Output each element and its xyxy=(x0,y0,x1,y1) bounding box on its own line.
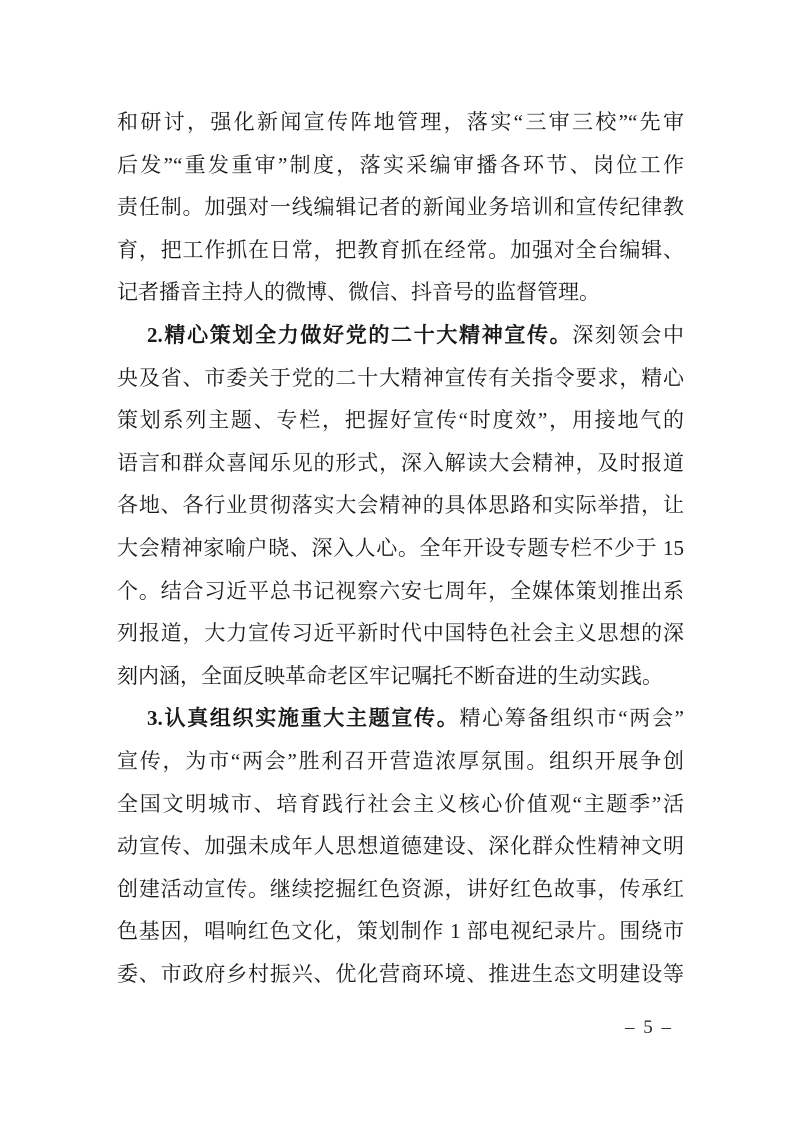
text-run: 语言和群众喜闻乐见的形式，深入解读大会精神，及时报道 xyxy=(117,451,684,475)
text-run: 央及省、市委关于党的二十大精神宣传有关指令要求，精心 xyxy=(117,366,684,390)
text-run: 列报道，大力宣传习近平新时代中国特色社会主义思想的深 xyxy=(117,621,684,645)
text-line: 色基因，唱响红色文化，策划制作 1 部电视纪录片。围绕市 xyxy=(117,910,684,953)
text-line: 委、市政府乡村振兴、优化营商环境、推进生态文明建设等 xyxy=(117,953,684,996)
text-run: 育，把工作抓在日常，把教育抓在经常。加强对全台编辑、 xyxy=(117,238,684,262)
text-run: 策划系列主题、专栏，把握好宣传“时度效”，用接地气的 xyxy=(117,408,684,432)
text-line: 3.认真组织实施重大主题宣传。精心筹备组织市“两会” xyxy=(117,697,684,740)
heading-run: 2.精心策划全力做好党的二十大精神宣传。 xyxy=(147,323,572,347)
text-line: 列报道，大力宣传习近平新时代中国特色社会主义思想的深 xyxy=(117,612,684,655)
text-line: 育，把工作抓在日常，把教育抓在经常。加强对全台编辑、 xyxy=(117,229,684,272)
text-run: 刻内涵，全面反映革命老区牢记嘱托不断奋进的生动实践。 xyxy=(117,664,663,688)
text-run: 个。结合习近平总书记视察六安七周年，全媒体策划推出系 xyxy=(117,579,684,603)
text-line: 宣传，为市“两会”胜利召开营造浓厚氛围。组织开展争创 xyxy=(117,740,684,783)
text-line: 策划系列主题、专栏，把握好宣传“时度效”，用接地气的 xyxy=(117,399,684,442)
text-run: 责任制。加强对一线编辑记者的新闻业务培训和宣传纪律教 xyxy=(117,195,684,219)
text-line: 和研讨，强化新闻宣传阵地管理，落实“三审三校”“先审 xyxy=(117,101,684,144)
text-run: 大会精神家喻户晓、深入人心。全年开设专题专栏不少于 15 xyxy=(117,536,684,560)
text-line: 语言和群众喜闻乐见的形式，深入解读大会精神，及时报道 xyxy=(117,442,684,485)
paragraph-2: 2.精心策划全力做好党的二十大精神宣传。深刻领会中央及省、市委关于党的二十大精神… xyxy=(117,314,684,697)
text-run: 记者播音主持人的微博、微信、抖音号的监督管理。 xyxy=(117,280,600,304)
paragraph-1: 和研讨，强化新闻宣传阵地管理，落实“三审三校”“先审后发”“重发重审”制度，落实… xyxy=(117,101,684,314)
text-run: 后发”“重发重审”制度，落实采编审播各环节、岗位工作 xyxy=(117,153,684,177)
text-line: 记者播音主持人的微博、微信、抖音号的监督管理。 xyxy=(117,271,684,314)
text-line: 大会精神家喻户晓、深入人心。全年开设专题专栏不少于 15 xyxy=(117,527,684,570)
text-line: 刻内涵，全面反映革命老区牢记嘱托不断奋进的生动实践。 xyxy=(117,655,684,698)
text-run: 宣传，为市“两会”胜利召开营造浓厚氛围。组织开展争创 xyxy=(117,749,684,773)
text-line: 后发”“重发重审”制度，落实采编审播各环节、岗位工作 xyxy=(117,144,684,187)
text-run: 和研讨，强化新闻宣传阵地管理，落实“三审三校”“先审 xyxy=(117,110,684,134)
heading-run: 3.认真组织实施重大主题宣传。 xyxy=(147,706,459,730)
text-line: 2.精心策划全力做好党的二十大精神宣传。深刻领会中 xyxy=(117,314,684,357)
document-page: 和研讨，强化新闻宣传阵地管理，落实“三审三校”“先审后发”“重发重审”制度，落实… xyxy=(0,0,793,1122)
text-run: 深刻领会中 xyxy=(572,323,684,347)
text-line: 个。结合习近平总书记视察六安七周年，全媒体策划推出系 xyxy=(117,570,684,613)
text-line: 动宣传、加强未成年人思想道德建设、深化群众性精神文明 xyxy=(117,825,684,868)
text-run: 全国文明城市、培育践行社会主义核心价值观“主题季”活 xyxy=(117,792,684,816)
text-run: 各地、各行业贯彻落实大会精神的具体思路和实际举措，让 xyxy=(117,493,684,517)
text-run: 色基因，唱响红色文化，策划制作 1 部电视纪录片。围绕市 xyxy=(117,919,684,943)
page-number: – 5 – xyxy=(625,1017,673,1039)
document-body: 和研讨，强化新闻宣传阵地管理，落实“三审三校”“先审后发”“重发重审”制度，落实… xyxy=(117,101,684,995)
text-run: 精心筹备组织市“两会” xyxy=(459,706,684,730)
text-line: 创建活动宣传。继续挖掘红色资源，讲好红色故事，传承红 xyxy=(117,868,684,911)
text-run: 创建活动宣传。继续挖掘红色资源，讲好红色故事，传承红 xyxy=(117,877,684,901)
text-run: 委、市政府乡村振兴、优化营商环境、推进生态文明建设等 xyxy=(117,962,684,986)
text-run: 动宣传、加强未成年人思想道德建设、深化群众性精神文明 xyxy=(117,834,684,858)
paragraph-3: 3.认真组织实施重大主题宣传。精心筹备组织市“两会”宣传，为市“两会”胜利召开营… xyxy=(117,697,684,995)
text-line: 央及省、市委关于党的二十大精神宣传有关指令要求，精心 xyxy=(117,357,684,400)
text-line: 责任制。加强对一线编辑记者的新闻业务培训和宣传纪律教 xyxy=(117,186,684,229)
text-line: 全国文明城市、培育践行社会主义核心价值观“主题季”活 xyxy=(117,783,684,826)
text-line: 各地、各行业贯彻落实大会精神的具体思路和实际举措，让 xyxy=(117,484,684,527)
